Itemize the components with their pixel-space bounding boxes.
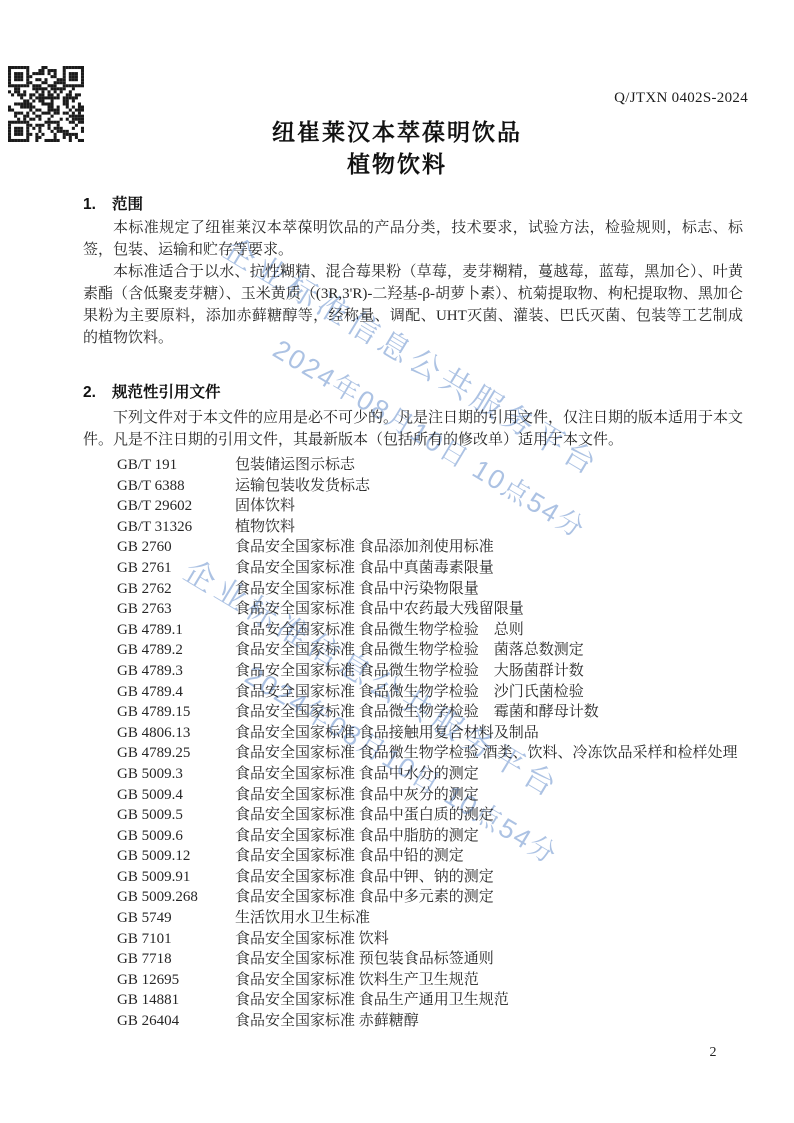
reference-title: 生活饮用水卫生标准 (235, 908, 370, 929)
reference-code: GB 7718 (117, 949, 235, 970)
section-1-number: 1. (83, 196, 112, 214)
reference-row: GB 5009.268食品安全国家标准 食品中多元素的测定 (117, 887, 762, 908)
reference-code: GB 4789.1 (117, 620, 235, 641)
reference-row: GB 4789.2食品安全国家标准 食品微生物学检验 菌落总数测定 (117, 640, 762, 661)
reference-row: GB 4789.4食品安全国家标准 食品微生物学检验 沙门氏菌检验 (117, 682, 762, 703)
reference-title: 食品安全国家标准 食品中灰分的测定 (235, 785, 479, 806)
document-page: 企业标准信息公共服务平台 2024年08月10日 10点54分 企业标准信息公共… (0, 0, 794, 1123)
reference-code: GB 4789.15 (117, 702, 235, 723)
document-number: Q/JTXN 0402S-2024 (614, 90, 748, 107)
reference-row: GB 26404食品安全国家标准 赤藓糖醇 (117, 1011, 762, 1032)
reference-row: GB 5009.91食品安全国家标准 食品中钾、钠的测定 (117, 867, 762, 888)
reference-row: GB 4806.13食品安全国家标准 食品接触用复合材料及制品 (117, 723, 762, 744)
reference-title: 食品安全国家标准 食品接触用复合材料及制品 (235, 723, 539, 744)
section-1-heading-label: 范围 (112, 196, 143, 213)
reference-title: 食品安全国家标准 预包装食品标签通则 (235, 949, 494, 970)
reference-row: GB 2762食品安全国家标准 食品中污染物限量 (117, 579, 762, 600)
reference-code: GB 2761 (117, 558, 235, 579)
reference-title: 食品安全国家标准 食品中农药最大残留限量 (235, 599, 524, 620)
reference-code: GB 26404 (117, 1011, 235, 1032)
section-1-paragraph: 本标准适合于以水、抗性糊精、混合莓果粉（草莓，麦芽糊精，蔓越莓，蓝莓，黑加仑）、… (83, 261, 743, 349)
reference-row: GB 5749生活饮用水卫生标准 (117, 908, 762, 929)
reference-title: 食品安全国家标准 赤藓糖醇 (235, 1011, 419, 1032)
reference-code: GB 12695 (117, 970, 235, 991)
reference-code: GB 5009.91 (117, 867, 235, 888)
reference-code: GB/T 31326 (117, 517, 235, 538)
reference-code: GB 5009.4 (117, 785, 235, 806)
reference-title: 食品安全国家标准 食品微生物学检验 菌落总数测定 (235, 640, 584, 661)
reference-title: 食品安全国家标准 食品中铅的测定 (235, 846, 464, 867)
reference-row: GB 2763食品安全国家标准 食品中农药最大残留限量 (117, 599, 762, 620)
reference-title: 运输包装收发货标志 (235, 476, 370, 497)
reference-title: 食品安全国家标准 食品添加剂使用标准 (235, 537, 494, 558)
reference-code: GB 4789.2 (117, 640, 235, 661)
reference-title: 包装储运图示标志 (235, 455, 355, 476)
reference-title: 食品安全国家标准 食品中脂肪的测定 (235, 826, 479, 847)
reference-title: 食品安全国家标准 食品中真菌毒素限量 (235, 558, 494, 579)
reference-title: 食品安全国家标准 食品生产通用卫生规范 (235, 990, 509, 1011)
reference-title: 食品安全国家标准 食品微生物学检验 酒类、饮料、冷冻饮品采样和检样处理 (235, 743, 738, 764)
section-2-heading: 2.规范性引用文件 (83, 380, 221, 402)
reference-code: GB 14881 (117, 990, 235, 1011)
reference-row: GB 2761食品安全国家标准 食品中真菌毒素限量 (117, 558, 762, 579)
reference-row: GB 5009.4食品安全国家标准 食品中灰分的测定 (117, 785, 762, 806)
reference-code: GB 2763 (117, 599, 235, 620)
reference-list: GB/T 191包装储运图示标志GB/T 6388运输包装收发货标志GB/T 2… (117, 455, 762, 1032)
reference-row: GB 7101食品安全国家标准 饮料 (117, 929, 762, 950)
reference-row: GB 7718食品安全国家标准 预包装食品标签通则 (117, 949, 762, 970)
reference-code: GB 5009.3 (117, 764, 235, 785)
document-title-line2: 植物饮料 (0, 148, 794, 180)
reference-title: 食品安全国家标准 食品中水分的测定 (235, 764, 479, 785)
reference-code: GB 4789.4 (117, 682, 235, 703)
reference-code: GB/T 29602 (117, 496, 235, 517)
reference-row: GB/T 29602固体饮料 (117, 496, 762, 517)
reference-code: GB 5009.6 (117, 826, 235, 847)
reference-row: GB 4789.3食品安全国家标准 食品微生物学检验 大肠菌群计数 (117, 661, 762, 682)
page-number: 2 (702, 1045, 724, 1061)
reference-title: 食品安全国家标准 食品微生物学检验 沙门氏菌检验 (235, 682, 584, 703)
document-title-line1: 纽崔莱汉本萃葆明饮品 (0, 116, 794, 148)
section-1-heading: 1.范围 (83, 192, 143, 214)
reference-row: GB 14881食品安全国家标准 食品生产通用卫生规范 (117, 990, 762, 1011)
reference-code: GB/T 191 (117, 455, 235, 476)
reference-title: 食品安全国家标准 食品微生物学检验 总则 (235, 620, 524, 641)
reference-title: 食品安全国家标准 饮料 (235, 929, 389, 950)
reference-title: 食品安全国家标准 食品微生物学检验 大肠菌群计数 (235, 661, 584, 682)
reference-row: GB 2760食品安全国家标准 食品添加剂使用标准 (117, 537, 762, 558)
reference-row: GB 5009.3食品安全国家标准 食品中水分的测定 (117, 764, 762, 785)
reference-row: GB 5009.5食品安全国家标准 食品中蛋白质的测定 (117, 805, 762, 826)
reference-row: GB 12695食品安全国家标准 饮料生产卫生规范 (117, 970, 762, 991)
reference-row: GB 4789.15食品安全国家标准 食品微生物学检验 霉菌和酵母计数 (117, 702, 762, 723)
reference-title: 植物饮料 (235, 517, 295, 538)
reference-code: GB 2762 (117, 579, 235, 600)
reference-title: 食品安全国家标准 食品中多元素的测定 (235, 887, 494, 908)
section-2-number: 2. (83, 384, 112, 402)
reference-code: GB 5009.12 (117, 846, 235, 867)
document-title: 纽崔莱汉本萃葆明饮品 植物饮料 (0, 116, 794, 180)
reference-row: GB/T 6388运输包装收发货标志 (117, 476, 762, 497)
reference-row: GB 4789.25食品安全国家标准 食品微生物学检验 酒类、饮料、冷冻饮品采样… (117, 743, 762, 764)
reference-code: GB 4806.13 (117, 723, 235, 744)
reference-title: 食品安全国家标准 食品中蛋白质的测定 (235, 805, 494, 826)
reference-code: GB 5009.268 (117, 887, 235, 908)
reference-code: GB 5009.5 (117, 805, 235, 826)
section-1-paragraph: 本标准规定了纽崔莱汉本萃葆明饮品的产品分类，技术要求，试验方法，检验规则，标志、… (83, 217, 743, 261)
reference-title: 食品安全国家标准 食品中污染物限量 (235, 579, 479, 600)
reference-row: GB/T 191包装储运图示标志 (117, 455, 762, 476)
reference-row: GB 5009.12食品安全国家标准 食品中铅的测定 (117, 846, 762, 867)
reference-code: GB 5749 (117, 908, 235, 929)
reference-title: 食品安全国家标准 饮料生产卫生规范 (235, 970, 479, 991)
reference-row: GB 5009.6食品安全国家标准 食品中脂肪的测定 (117, 826, 762, 847)
reference-title: 固体饮料 (235, 496, 295, 517)
reference-code: GB 4789.3 (117, 661, 235, 682)
reference-code: GB 2760 (117, 537, 235, 558)
reference-code: GB/T 6388 (117, 476, 235, 497)
reference-row: GB 4789.1食品安全国家标准 食品微生物学检验 总则 (117, 620, 762, 641)
reference-title: 食品安全国家标准 食品中钾、钠的测定 (235, 867, 494, 888)
section-2-paragraph: 下列文件对于本文件的应用是必不可少的。凡是注日期的引用文件，仅注日期的版本适用于… (83, 407, 743, 451)
section-2-heading-label: 规范性引用文件 (112, 384, 221, 401)
reference-row: GB/T 31326植物饮料 (117, 517, 762, 538)
reference-code: GB 4789.25 (117, 743, 235, 764)
reference-code: GB 7101 (117, 929, 235, 950)
reference-title: 食品安全国家标准 食品微生物学检验 霉菌和酵母计数 (235, 702, 599, 723)
